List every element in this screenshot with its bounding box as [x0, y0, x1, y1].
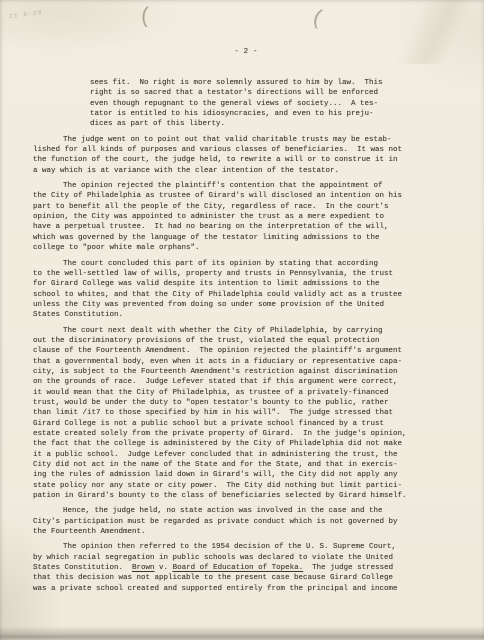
text-line: tator is entitled to his idiosyncracies,…	[90, 109, 425, 119]
text-line: school to whites, and that the City of P…	[33, 290, 425, 300]
text-line: the function of the court, the judge hel…	[33, 155, 425, 165]
text-line: than limit /it7 to those specified by hi…	[33, 408, 425, 418]
text-line: The court next dealt with whether the Ci…	[33, 326, 425, 336]
text-line: college to "poor white male orphans".	[33, 243, 425, 253]
text-line: dices as part of this liberty.	[90, 119, 425, 129]
stray-pen-mark-left: (	[138, 6, 152, 29]
text-line: the City of Philadelphia as trustee of G…	[33, 191, 425, 201]
text-line: Girard College is not a public school bu…	[33, 419, 425, 429]
text-line: right is so sacred that a testator's dir…	[90, 88, 425, 98]
text-line: for Girard College was valid despite its…	[33, 279, 425, 289]
text-line: which was governed by the language of th…	[33, 233, 425, 243]
text-line: on the grounds of race. Judge Lefever st…	[33, 377, 425, 387]
stray-pen-mark-right: (	[308, 8, 326, 32]
paragraph-brown-decision: The opinion then referred to the 1954 de…	[33, 542, 425, 594]
text-line: pation in Girard's bounty to the class o…	[33, 491, 425, 501]
text-line: it a public school. Judge Lefever conclu…	[33, 450, 425, 460]
text-line: opinion, the City was appointed to admin…	[33, 212, 425, 222]
text-line: City's participation must be regarded as…	[33, 517, 425, 527]
text-line: trust, would be under the duty to "open …	[33, 398, 425, 408]
text-line: to the well-settled law of wills, proper…	[33, 269, 425, 279]
text-line: city, is subject to the Fourteenth Amend…	[33, 367, 425, 377]
text-line: clause of the Fourteenth Amendment. The …	[33, 346, 425, 356]
text-line: The court concluded this part of its opi…	[33, 259, 425, 269]
text-line: was a private school created and support…	[33, 584, 425, 594]
text-line: that a governmental body, even when it a…	[33, 357, 425, 367]
text-line: sees fit. No right is more solemnly assu…	[90, 78, 425, 88]
text-line: a way which is at variance with the clea…	[33, 166, 425, 176]
text-line: estate created solely from the private p…	[33, 429, 425, 439]
text-line: even though repugnant to the general vie…	[90, 99, 425, 109]
text-line: that this decision was not applicable to…	[33, 573, 425, 583]
block-quote: sees fit. No right is more solemnly assu…	[90, 78, 425, 130]
text-line: ing the rules of admission laid down in …	[33, 470, 425, 480]
text-line: by which racial segregation in public sc…	[33, 553, 425, 563]
paragraph-trust-validity: The court concluded this part of its opi…	[33, 259, 425, 321]
text-line: The judge went on to point out that vali…	[33, 135, 425, 145]
text-line: City did not act in the name of the Stat…	[33, 460, 425, 470]
text-line: States Constitution. Brown v. Board of E…	[33, 563, 425, 573]
paragraph-no-state-action: Hence, the judge held, no state action w…	[33, 506, 425, 537]
text-line: lished for all kinds of purposes and var…	[33, 145, 425, 155]
text-line: Hence, the judge held, no state action w…	[33, 506, 425, 516]
text-line: the Fourteenth Amendment.	[33, 527, 425, 537]
text-line: part to benefit all the people of the Ci…	[33, 202, 425, 212]
text-line: States Constitution.	[33, 310, 425, 320]
paragraph-charitable-trusts: The judge went on to point out that vali…	[33, 135, 425, 176]
text-line: it would mean that the City of Philadelp…	[33, 388, 425, 398]
text-line: state policy nor any state or city power…	[33, 481, 425, 491]
text-line: have a perpetual trustee. It had no bear…	[33, 222, 425, 232]
text-line: The opinion rejected the plaintiff's con…	[33, 181, 425, 191]
scan-edge-shadow	[0, 626, 484, 640]
text-line: unless the City was prevented from doing…	[33, 300, 425, 310]
pencil-annotation: 11 6-26	[9, 9, 43, 20]
text-line: out the discriminatory provisions of the…	[33, 336, 425, 346]
text-line: The opinion then referred to the 1954 de…	[33, 542, 425, 552]
scanned-page: 11 6-26 ( ( - 2 - sees fit. No right is …	[0, 0, 484, 640]
document-body: sees fit. No right is more solemnly assu…	[33, 78, 425, 599]
page-number: - 2 -	[0, 48, 484, 56]
text-line: the fact that the college is administere…	[33, 439, 425, 449]
paragraph-trustee-appointment: The opinion rejected the plaintiff's con…	[33, 181, 425, 253]
paragraph-equal-protection: The court next dealt with whether the Ci…	[33, 326, 425, 502]
